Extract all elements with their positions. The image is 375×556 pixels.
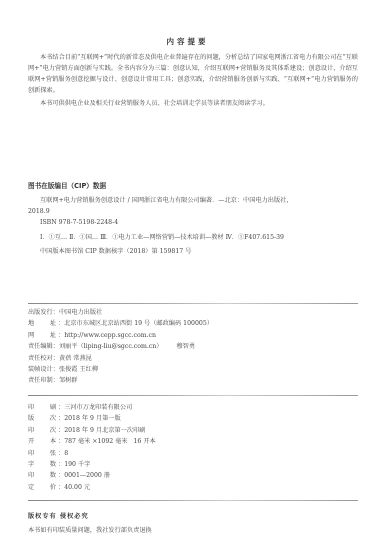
copyright-heading: 版权专有 侵权必究 (28, 511, 89, 520)
divider-top (28, 303, 358, 304)
summary-body: 本书结合目前“互联网+”时代的新常态及供电企业普遍存在的问题，分析总结了国家电网… (28, 52, 358, 109)
printing-block: 印刷：三河市万龙印装有限公司 版次：2018 年 9 月第一版 印次：2018 … (28, 402, 156, 493)
divider-middle (28, 395, 358, 396)
publisher-row: 装帧设计：张俊霞 王红柳 (28, 364, 213, 375)
summary-paragraph: 本书可供供电企业及相关行业营销服务人员、社会培训走学员等读者朋友阅读学习。 (28, 98, 358, 109)
summary-title: 内容提要 (0, 36, 375, 47)
printing-row: 开本：787 毫米 ×1092 毫米 16 开本 (28, 436, 156, 447)
publisher-row: 地址：北京市东城区北京站西街 19 号（邮政编码 100005） (28, 318, 213, 329)
cip-heading: 图书在版编目（CIP）数据 (28, 180, 106, 190)
cip-line: 2018.9 (28, 206, 358, 217)
copyright-text: 本书如有印装质量问题，我社发行部负责退换 (28, 525, 152, 534)
printing-row: 印次：2018 年 9 月北京第一次印刷 (28, 425, 156, 436)
publisher-row: 责任编辑：刘丽平（liping-liu@sgcc.com.cn）穆智勇 (28, 341, 213, 352)
publisher-row: 出版发行：中国电力出版社 (28, 307, 213, 318)
cip-line: ISBN 978-7-5198-2248-4 (28, 217, 358, 228)
printing-row: 定价：40.00 元 (28, 482, 156, 493)
printing-row: 印数：0001—2000 册 (28, 470, 156, 481)
summary-paragraph: 本书结合目前“互联网+”时代的新常态及供电企业普遍存在的问题，分析总结了国家电网… (28, 52, 358, 96)
printing-row: 字数：190 千字 (28, 459, 156, 470)
printing-row: 版次：2018 年 9 月第一版 (28, 413, 156, 424)
cip-line: 互联网+电力营销服务创意设计 / 国网浙江省电力有限公司编著．—北京：中国电力出… (28, 195, 358, 206)
cip-line: 中国版本图书馆 CIP 数据核字（2018）第 159817 号 (28, 246, 358, 257)
publisher-row: 责任印制：邹树群 (28, 375, 213, 386)
cip-block: 互联网+电力营销服务创意设计 / 国网浙江省电力有限公司编著．—北京：中国电力出… (28, 195, 358, 257)
divider-bottom (28, 500, 358, 501)
website-link: http://www.cepp.sgcc.com.cn (64, 330, 156, 341)
publisher-row: 网址：http://www.cepp.sgcc.com.cn (28, 330, 213, 341)
cip-line: Ⅰ．①互… Ⅱ．①国… Ⅲ．①电力工业—网络营销—技术培训—教材 Ⅳ．①F407… (28, 232, 358, 243)
publisher-block: 出版发行：中国电力出版社 地址：北京市东城区北京站西街 19 号（邮政编码 10… (28, 307, 213, 387)
printing-row: 印张：8 (28, 448, 156, 459)
publisher-row: 责任校对：黄蓓 常燕昆 (28, 353, 213, 364)
printing-row: 印刷：三河市万龙印装有限公司 (28, 402, 156, 413)
